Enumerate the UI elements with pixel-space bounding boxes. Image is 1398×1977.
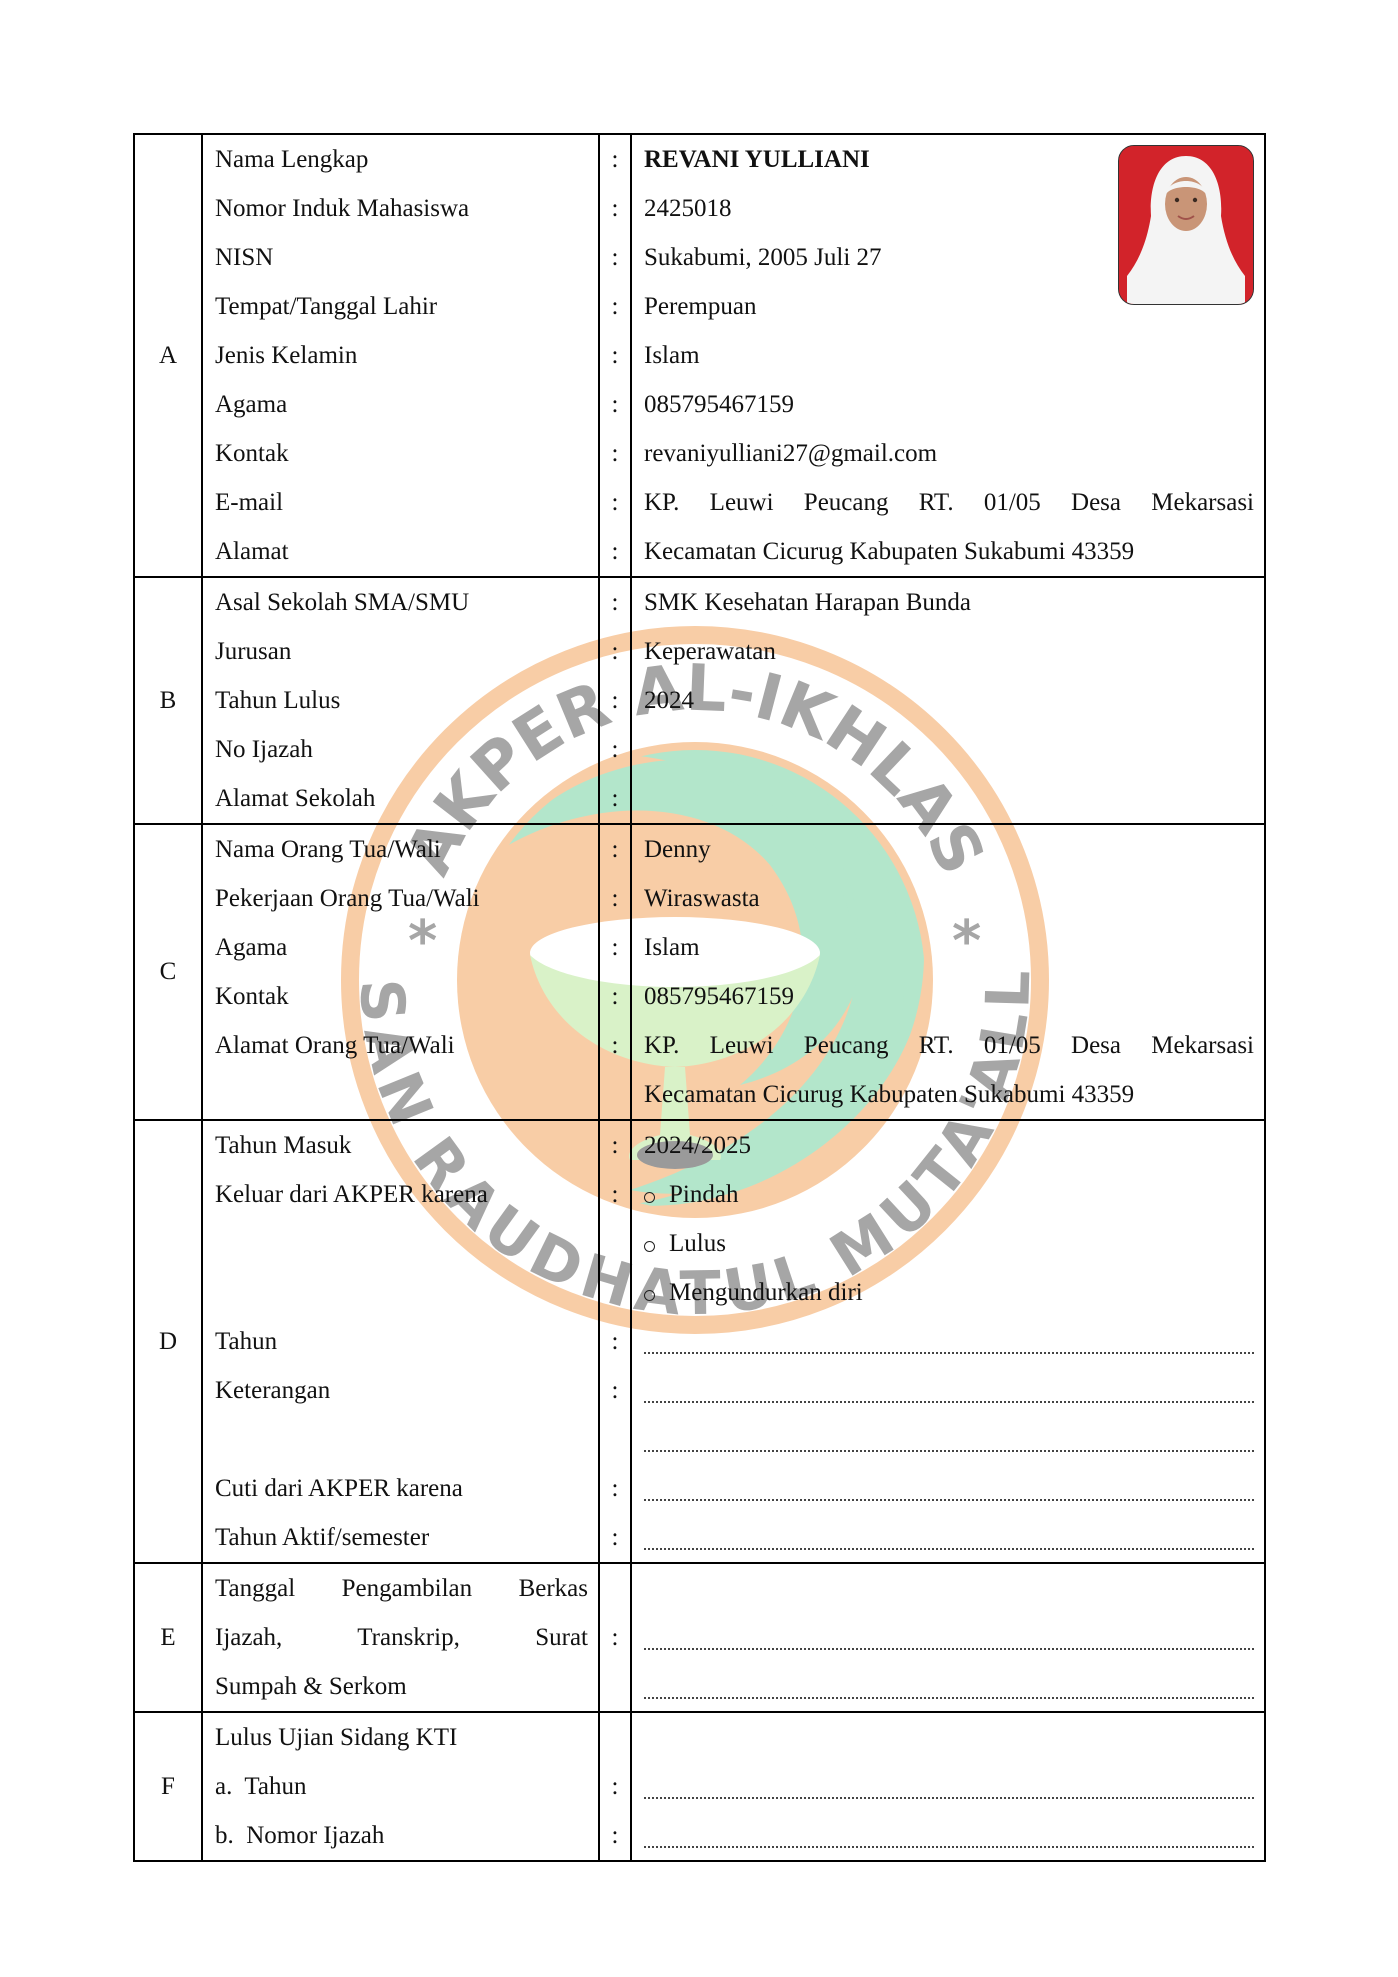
section-c-values: Denny Wiraswasta Islam 085795467159 KP. … [631, 824, 1265, 1120]
spacer [600, 1268, 630, 1317]
colon: : [600, 380, 630, 429]
spacer [600, 1219, 630, 1268]
section-b-row: B Asal Sekolah SMA/SMU Jurusan Tahun Lul… [134, 577, 1265, 824]
section-f-row: F Lulus Ujian Sidang KTI a. Tahun b. Nom… [134, 1712, 1265, 1861]
colon-column: : : : : : [599, 577, 631, 824]
label-tahun: Tahun [215, 1317, 588, 1366]
fill-in-nomor-ijazah[interactable] [644, 1811, 1254, 1860]
colon: : [600, 1762, 630, 1811]
section-letter: A [134, 134, 202, 577]
colon: : [600, 1366, 630, 1415]
colon: : [600, 527, 630, 576]
value-asal-sekolah: SMK Kesehatan Harapan Bunda [644, 578, 1254, 627]
person-photo-icon [1119, 146, 1253, 304]
colon: : [600, 1317, 630, 1366]
radio-circle-icon [644, 1290, 655, 1301]
spacer [600, 1662, 630, 1711]
option-label: Pindah [669, 1170, 738, 1219]
colon: : [600, 1811, 630, 1860]
label-tahun-lulus: Tahun Lulus [215, 676, 588, 725]
colon: : [600, 1513, 630, 1562]
fill-in-tanggal-2[interactable] [644, 1662, 1254, 1711]
value-agama-ortu: Islam [644, 923, 1254, 972]
value-address-line1: KP. Leuwi Peucang RT. 01/05 Desa Mekarsa… [644, 478, 1254, 527]
section-c-row: C Nama Orang Tua/Wali Pekerjaan Orang Tu… [134, 824, 1265, 1120]
label-nim: Nomor Induk Mahasiswa [215, 184, 588, 233]
colon-column: : [599, 1563, 631, 1712]
value-pekerjaan-ortu: Wiraswasta [644, 874, 1254, 923]
colon: : [600, 676, 630, 725]
colon: : [600, 135, 630, 184]
label-alamat: Alamat [215, 527, 588, 576]
document-page: AKPER AL-IKHLAS YAYASAN RAUDHATUL MUTA'A… [0, 0, 1398, 1977]
section-a-row: A Nama Lengkap Nomor Induk Mahasiswa NIS… [134, 134, 1265, 577]
colon: : [600, 233, 630, 282]
label-nama-ortu: Nama Orang Tua/Wali [215, 825, 588, 874]
spacer [600, 1713, 630, 1762]
fill-in-cuti[interactable] [644, 1464, 1254, 1513]
spacer [600, 1415, 630, 1464]
option-label: Mengundurkan diri [669, 1268, 863, 1317]
label-ttl: Tempat/Tanggal Lahir [215, 282, 588, 331]
colon: : [600, 972, 630, 1021]
colon: : [600, 774, 630, 823]
value-tahun-lulus: 2024 [644, 676, 1254, 725]
colon: : [600, 184, 630, 233]
value-alamat-ortu-line1: KP. Leuwi Peucang RT. 01/05 Desa Mekarsa… [644, 1021, 1254, 1070]
colon: : [600, 874, 630, 923]
value-nama-ortu: Denny [644, 825, 1254, 874]
label-alamat-ortu: Alamat Orang Tua/Wali [215, 1021, 588, 1070]
colon: : [600, 1464, 630, 1513]
label-keterangan: Keterangan [215, 1366, 588, 1415]
section-letter: D [134, 1120, 202, 1563]
section-f-labels: Lulus Ujian Sidang KTI a. Tahun b. Nomor… [202, 1712, 599, 1861]
label-keluar: Keluar dari AKPER karena [215, 1170, 588, 1219]
option-label: Lulus [669, 1219, 726, 1268]
radio-circle-icon [644, 1192, 655, 1203]
spacer [644, 1564, 1254, 1613]
value-kontak-ortu: 085795467159 [644, 972, 1254, 1021]
student-photo [1118, 145, 1254, 305]
value-alamat-ortu-line2: Kecamatan Cicurug Kabupaten Sukabumi 433… [644, 1070, 1254, 1119]
fill-in-tanggal-1[interactable] [644, 1613, 1254, 1662]
fill-in-tahun[interactable] [644, 1317, 1254, 1366]
option-pindah[interactable]: Pindah [644, 1170, 1254, 1219]
colon: : [600, 429, 630, 478]
section-b-values: SMK Kesehatan Harapan Bunda Keperawatan … [631, 577, 1265, 824]
section-e-labels: Tanggal Pengambilan Berkas Ijazah, Trans… [202, 1563, 599, 1712]
label-jenis-kelamin: Jenis Kelamin [215, 331, 588, 380]
colon: : [600, 825, 630, 874]
colon: : [600, 1121, 630, 1170]
spacer [215, 1268, 588, 1317]
value-religion: Islam [644, 331, 1254, 380]
fill-in-tahun-aktif[interactable] [644, 1513, 1254, 1562]
label-tahun-masuk: Tahun Masuk [215, 1121, 588, 1170]
radio-circle-icon [644, 1241, 655, 1252]
colon: : [600, 331, 630, 380]
label-kontak: Kontak [215, 429, 588, 478]
label-nomor-ijazah: b. Nomor Ijazah [215, 1811, 588, 1860]
label-no-ijazah: No Ijazah [215, 725, 588, 774]
student-data-table: A Nama Lengkap Nomor Induk Mahasiswa NIS… [133, 133, 1266, 1862]
value-jurusan: Keperawatan [644, 627, 1254, 676]
colon-column: : : : : : [599, 824, 631, 1120]
fill-in-keterangan-1[interactable] [644, 1366, 1254, 1415]
label-alamat-sekolah: Alamat Sekolah [215, 774, 588, 823]
spacer [644, 1713, 1254, 1762]
spacer [600, 1564, 630, 1613]
label-tahun-kti: a. Tahun [215, 1762, 588, 1811]
section-a-labels: Nama Lengkap Nomor Induk Mahasiswa NISN … [202, 134, 599, 577]
label-e-line3: Sumpah & Serkom [215, 1662, 588, 1711]
option-lulus[interactable]: Lulus [644, 1219, 1254, 1268]
label-nisn: NISN [215, 233, 588, 282]
section-e-row: E Tanggal Pengambilan Berkas Ijazah, Tra… [134, 1563, 1265, 1712]
colon-column: : : [599, 1712, 631, 1861]
section-c-labels: Nama Orang Tua/Wali Pekerjaan Orang Tua/… [202, 824, 599, 1120]
colon: : [600, 1613, 630, 1662]
section-d-values: 2024/2025 Pindah Lulus Mengundurkan diri [631, 1120, 1265, 1563]
colon: : [600, 578, 630, 627]
label-jurusan: Jurusan [215, 627, 588, 676]
label-cuti: Cuti dari AKPER karena [215, 1464, 588, 1513]
section-f-values [631, 1712, 1265, 1861]
value-tahun-masuk: 2024/2025 [644, 1121, 1254, 1170]
colon-column: : : : : : : [599, 1120, 631, 1563]
section-letter: F [134, 1712, 202, 1861]
colon: : [600, 1170, 630, 1219]
label-kontak-ortu: Kontak [215, 972, 588, 1021]
label-e-line1: Tanggal Pengambilan Berkas [215, 1564, 588, 1613]
colon: : [600, 282, 630, 331]
label-pekerjaan-ortu: Pekerjaan Orang Tua/Wali [215, 874, 588, 923]
section-letter: C [134, 824, 202, 1120]
label-agama: Agama [215, 380, 588, 429]
label-lulus-kti: Lulus Ujian Sidang KTI [215, 1713, 588, 1762]
colon: : [600, 923, 630, 972]
value-email: revaniyulliani27@gmail.com [644, 429, 1254, 478]
colon: : [600, 478, 630, 527]
section-a-values: REVANI YULLIANI 2425018 Sukabumi, 2005 J… [631, 134, 1265, 577]
section-b-labels: Asal Sekolah SMA/SMU Jurusan Tahun Lulus… [202, 577, 599, 824]
label-tahun-aktif: Tahun Aktif/semester [215, 1513, 588, 1562]
section-letter: B [134, 577, 202, 824]
label-email: E-mail [215, 478, 588, 527]
value-no-ijazah [644, 725, 1254, 774]
label-agama-ortu: Agama [215, 923, 588, 972]
label-asal-sekolah: Asal Sekolah SMA/SMU [215, 578, 588, 627]
spacer [215, 1415, 588, 1464]
value-alamat-sekolah [644, 774, 1254, 823]
section-d-labels: Tahun Masuk Keluar dari AKPER karena Tah… [202, 1120, 599, 1563]
colon-column: : : : : : : : : : [599, 134, 631, 577]
label-nama-lengkap: Nama Lengkap [215, 135, 588, 184]
fill-in-tahun-kti[interactable] [644, 1762, 1254, 1811]
value-address-line2: Kecamatan Cicurug Kabupaten Sukabumi 433… [644, 527, 1254, 576]
colon: : [600, 1021, 630, 1070]
spacer [215, 1219, 588, 1268]
section-letter: E [134, 1563, 202, 1712]
section-e-values [631, 1563, 1265, 1712]
value-phone: 085795467159 [644, 380, 1254, 429]
colon: : [600, 627, 630, 676]
label-e-line2: Ijazah, Transkrip, Surat [215, 1613, 588, 1662]
colon: : [600, 725, 630, 774]
section-d-row: D Tahun Masuk Keluar dari AKPER karena T… [134, 1120, 1265, 1563]
option-mengundurkan-diri[interactable]: Mengundurkan diri [644, 1268, 1254, 1317]
fill-in-keterangan-2[interactable] [644, 1415, 1254, 1464]
